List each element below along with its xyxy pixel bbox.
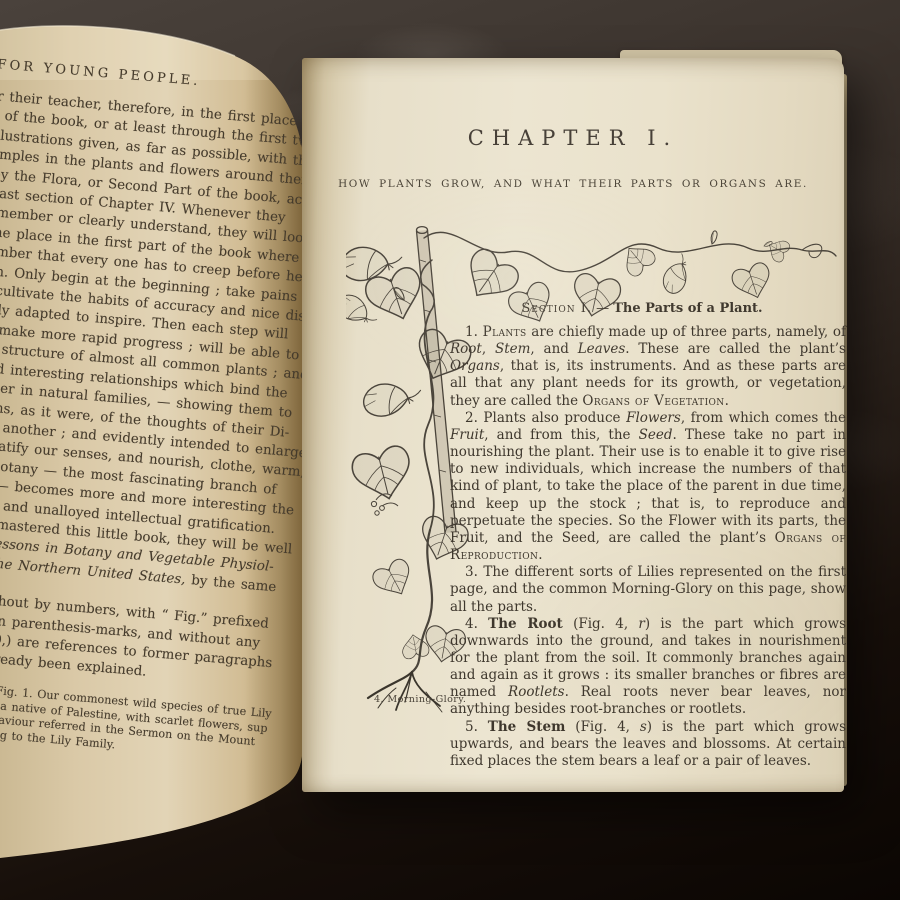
left-page-body: der their teacher, therefore, in the fir… [0, 86, 310, 692]
book-photo: CHAPTER I. HOW PLANTS GROW, AND WHAT THE… [0, 0, 900, 900]
figure-caption: 4. Morning-Glory. [374, 694, 504, 705]
left-page-footnote: resent : — Fig. 1. Our commonest wild sp… [0, 679, 261, 766]
chapter-subtitle: HOW PLANTS GROW, AND WHAT THEIR PARTS OR… [302, 178, 844, 190]
right-page: CHAPTER I. HOW PLANTS GROW, AND WHAT THE… [302, 58, 844, 792]
body-text: 1. Plants are chiefly made up of three p… [450, 324, 846, 770]
body-paragraph: 3. The different sorts of Lilies represe… [450, 564, 846, 615]
section-label: Section I. [521, 301, 592, 316]
left-page: FOR YOUNG PEOPLE. der their teacher, the… [0, 0, 330, 900]
morning-glory-illustration [346, 200, 846, 720]
roots [368, 672, 442, 712]
section-title: The Parts of a Plant. [613, 301, 762, 316]
body-paragraph: 4. The Root (Fig. 4, r) is the part whic… [450, 616, 846, 719]
body-paragraph: 1. Plants are chiefly made up of three p… [450, 324, 846, 410]
left-page-text: FOR YOUNG PEOPLE. der their teacher, the… [0, 56, 313, 765]
body-paragraph: 2. Plants also produce Flowers, from whi… [450, 410, 846, 564]
chapter-title: CHAPTER I. [302, 126, 844, 150]
seed-cluster [371, 494, 398, 515]
section-dash: — [592, 301, 613, 316]
pole [417, 227, 457, 533]
section-heading: Section I. — The Parts of a Plant. [442, 301, 842, 316]
body-paragraph: 5. The Stem (Fig. 4, s) is the part whic… [450, 719, 846, 770]
